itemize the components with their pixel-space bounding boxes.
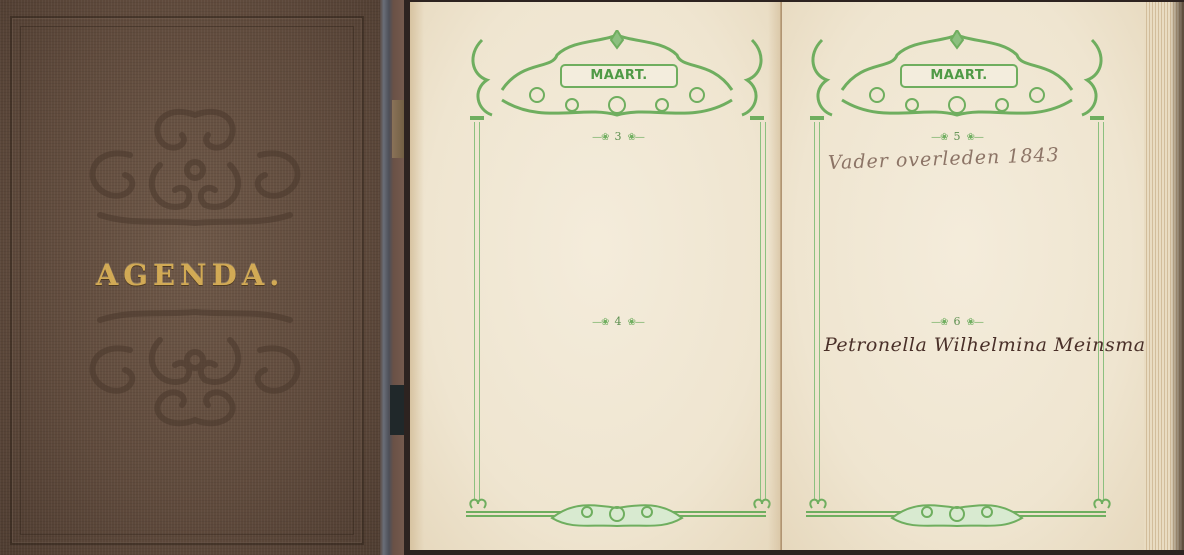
right-page: MAART. —❀5❀— —❀6❀— bbox=[782, 2, 1144, 550]
page-border-rule-right bbox=[760, 122, 766, 500]
month-label: MAART. bbox=[560, 64, 678, 88]
day-marker: —❀5❀— bbox=[897, 130, 1017, 143]
cover-title: AGENDA. bbox=[0, 258, 380, 292]
day-number: 6 bbox=[954, 315, 961, 328]
embossed-scroll-ornament-bottom-icon bbox=[70, 300, 320, 440]
flourish-right-icon: ❀— bbox=[628, 132, 644, 143]
page-border-rule-left bbox=[814, 122, 820, 500]
day-marker: —❀3❀— bbox=[558, 130, 678, 143]
flourish-right-icon: ❀— bbox=[628, 317, 644, 328]
page-block-edges bbox=[1144, 2, 1184, 550]
day-number: 5 bbox=[954, 130, 961, 143]
flourish-right-icon: ❀— bbox=[967, 317, 983, 328]
floral-footer-ornament-icon bbox=[462, 494, 772, 532]
flourish-left-icon: —❀ bbox=[931, 132, 947, 143]
day-number: 3 bbox=[615, 130, 622, 143]
left-page: MAART. —❀3❀— —❀4❀— bbox=[410, 2, 782, 550]
month-label: MAART. bbox=[900, 64, 1018, 88]
day-marker: —❀4❀— bbox=[558, 315, 678, 328]
flourish-left-icon: —❀ bbox=[592, 317, 608, 328]
page-border-rule-right bbox=[1098, 122, 1104, 500]
floral-footer-ornament-icon bbox=[802, 494, 1112, 532]
page-border-rule-left bbox=[474, 122, 480, 500]
floral-header-ornament-icon: MAART. bbox=[462, 30, 772, 126]
flourish-right-icon: ❀— bbox=[967, 132, 983, 143]
floral-header-ornament-icon: MAART. bbox=[802, 30, 1112, 126]
day-number: 4 bbox=[615, 315, 622, 328]
day-marker: —❀6❀— bbox=[897, 315, 1017, 328]
open-agenda-spread: MAART. —❀3❀— —❀4❀— bbox=[404, 0, 1184, 555]
flourish-left-icon: —❀ bbox=[592, 132, 608, 143]
agenda-cover: AGENDA. bbox=[0, 0, 380, 555]
handwritten-note-day-6: Petronella Wilhelmina Meinsma bbox=[824, 334, 1146, 356]
embossed-scroll-ornament-top-icon bbox=[70, 95, 320, 235]
flourish-left-icon: —❀ bbox=[931, 317, 947, 328]
